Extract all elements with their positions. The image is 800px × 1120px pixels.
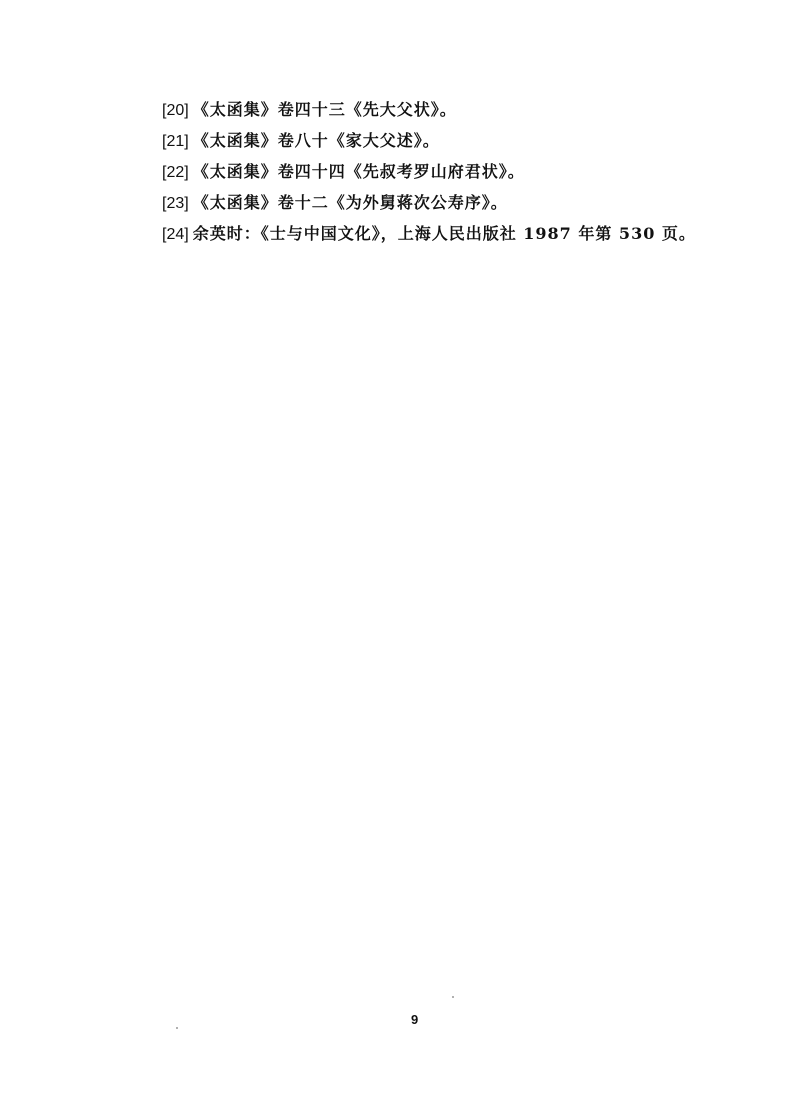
endnote-text: 《太函集》卷四十四《先叔考罗山府君状》。 <box>193 162 525 181</box>
scan-speck <box>452 996 454 998</box>
endnote-21: [21]《太函集》卷八十《家大父述》。 <box>162 133 722 149</box>
scan-speck <box>176 1027 178 1029</box>
endnote-text: 《太函集》卷十二《为外舅蒋次公寿序》。 <box>193 193 508 212</box>
endnote-22: [22]《太函集》卷四十四《先叔考罗山府君状》。 <box>162 164 722 180</box>
endnote-number: [24] <box>162 226 189 243</box>
endnote-24: [24]余英时：《士与中国文化》，上海人民出版社 1987 年第 530 页。 <box>162 226 722 242</box>
endnote-number: [20] <box>162 102 189 119</box>
endnote-number: [23] <box>162 195 189 212</box>
endnote-number: [22] <box>162 164 189 181</box>
endnote-23: [23]《太函集》卷十二《为外舅蒋次公寿序》。 <box>162 195 722 211</box>
endnotes-list: [20]《太函集》卷四十三《先大父状》。 [21]《太函集》卷八十《家大父述》。… <box>162 102 722 257</box>
endnote-number: [21] <box>162 133 189 150</box>
endnote-text: 《太函集》卷八十《家大父述》。 <box>193 131 440 150</box>
endnote-text: 余英时：《士与中国文化》，上海人民出版社 1987 年第 530 页。 <box>193 224 696 243</box>
endnote-20: [20]《太函集》卷四十三《先大父状》。 <box>162 102 722 118</box>
page-number: 9 <box>411 1012 418 1027</box>
endnote-text: 《太函集》卷四十三《先大父状》。 <box>193 100 457 119</box>
